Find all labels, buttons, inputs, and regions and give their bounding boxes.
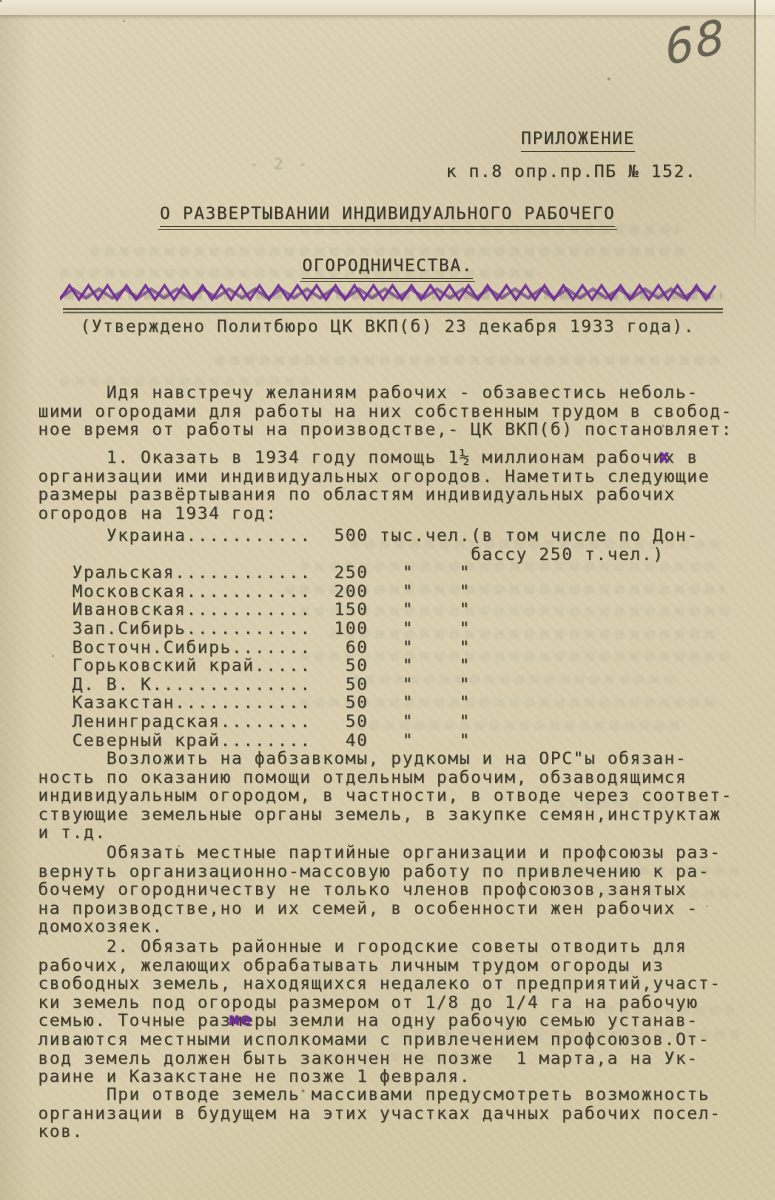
appendix-label: ПРИЛОЖЕНИЕ: [521, 130, 635, 152]
title-line-1: О РАЗВЕРТЫВАНИИ ИНДИВИДУАЛЬНОГО РАБОЧЕГО: [160, 205, 615, 227]
title-line-2-wrap: ОГОРОДНИЧЕСТВА.: [0, 257, 775, 279]
page-top-edge: [0, 0, 775, 15]
scanned-document-page: - 2 - 68 ПРИЛОЖЕНИЕ к п.8 опр.пр.ПБ № 15…: [0, 0, 775, 1200]
appendix-heading: ПРИЛОЖЕНИЕ: [521, 130, 635, 152]
order-reference: к п.8 опр.пр.ПБ № 152.: [446, 163, 696, 182]
paragraph-orgs-duty: Возложить на фабзавкомы, рудкомы и на ОР…: [38, 750, 768, 843]
paragraph-point-2: 2. Обязать районные и городские советы о…: [38, 938, 768, 1087]
strikethrough-scribble: [60, 281, 728, 317]
paragraph-settlements: При отводе земель массивами предусмотрет…: [38, 1086, 768, 1142]
overtype-correction-kh: х: [659, 447, 670, 467]
paragraph-intro: Идя навстречу желаниям рабочих - обзавес…: [38, 384, 768, 440]
title-line-2: ОГОРОДНИЧЕСТВА.: [302, 257, 473, 279]
approval-note: (Утверждено Политбюро ЦК ВКП(б) 23 декаб…: [0, 318, 775, 337]
ghost-page-marker: - 2 -: [250, 155, 310, 173]
allocation-list: Украина........... 500 тыс.чел.(в том чи…: [38, 527, 768, 750]
ink-speck: [0, 0, 2, 2]
bleedthrough-smudge: [90, 247, 690, 256]
paragraph-mass-work: Обязать местные партийные организации и …: [38, 844, 768, 937]
bleedthrough-smudge: [215, 356, 720, 365]
overtype-correction-me: ме: [229, 1010, 252, 1030]
title-line-1-wrap: О РАЗВЕРТЫВАНИИ ИНДИВИДУАЛЬНОГО РАБОЧЕГО: [0, 205, 775, 227]
